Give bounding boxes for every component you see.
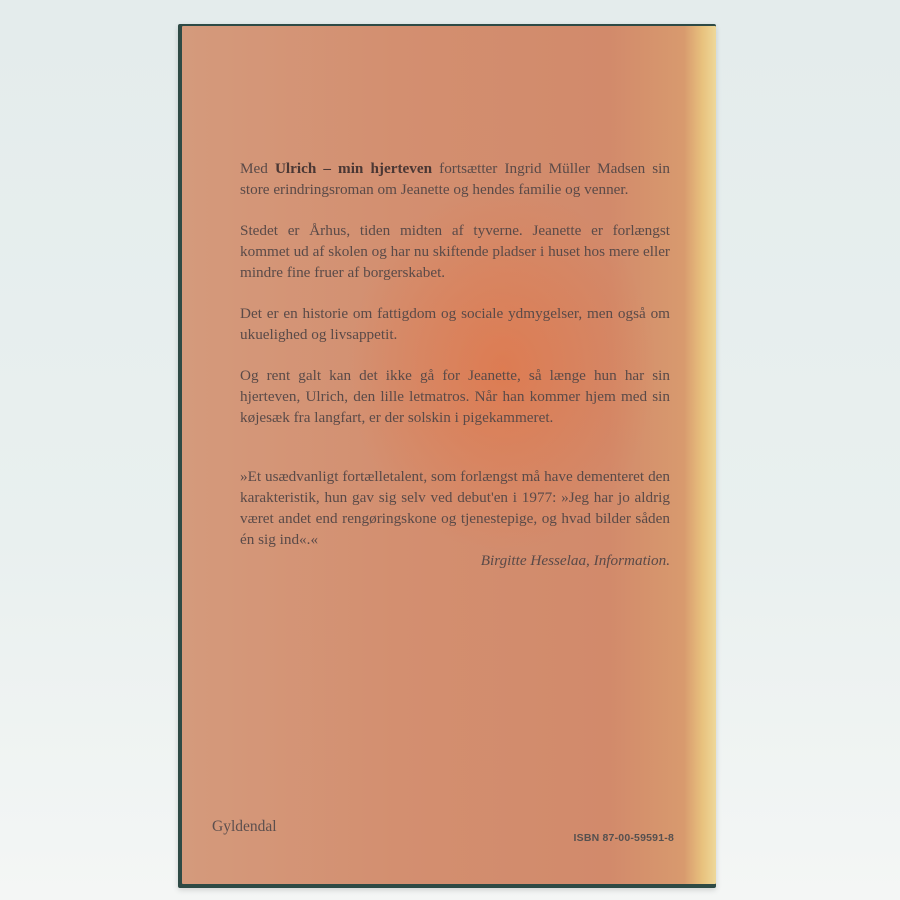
- blurb: Med Ulrich – min hjerteven fortsætter In…: [240, 158, 670, 571]
- book-title: Ulrich – min hjerteven: [275, 160, 432, 177]
- review-attribution: Birgitte Hesselaa, Information.: [240, 550, 670, 571]
- back-cover: Med Ulrich – min hjerteven fortsætter In…: [182, 26, 716, 884]
- publisher-name: Gyldendal: [212, 818, 277, 836]
- blurb-paragraph-3: Det er en historie om fattigdom og socia…: [240, 303, 670, 345]
- blurb-lead: Med: [240, 160, 275, 177]
- isbn: ISBN 87-00-59591-8: [574, 832, 675, 844]
- book: Med Ulrich – min hjerteven fortsætter In…: [178, 24, 716, 888]
- blurb-paragraph-2: Stedet er Århus, tiden midten af tyverne…: [240, 220, 670, 283]
- blurb-paragraph-4: Og rent galt kan det ikke gå for Jeanett…: [240, 365, 670, 428]
- blurb-paragraph-1: Med Ulrich – min hjerteven fortsætter In…: [240, 158, 670, 200]
- review-quote: »Et usædvanligt fortælletalent, som forl…: [240, 466, 670, 550]
